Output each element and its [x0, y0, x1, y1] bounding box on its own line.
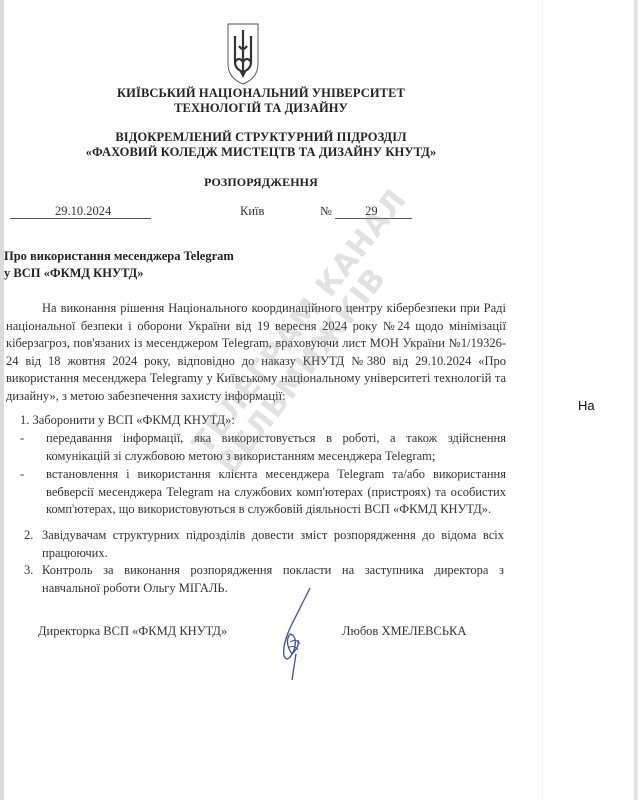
page-margin: [542, 0, 543, 800]
preamble-paragraph: На виконання рішення Національного коорд…: [6, 300, 506, 405]
item-text: Завідувачам структурних підрозділів дове…: [42, 527, 504, 562]
trident-emblem-icon: [226, 22, 260, 86]
signatory-name: Любов ХМЕЛЕВСЬКА: [342, 624, 466, 639]
page-right-border: [634, 0, 638, 800]
number-label: №: [320, 204, 332, 218]
item-number: 2.: [24, 527, 33, 545]
order-subitem: - передавання інформації, яка використов…: [20, 430, 506, 465]
item-text: Заборонити у ВСП «ФКМД КНУТД»:: [33, 413, 235, 427]
signatory-title: Директорка ВСП «ФКМД КНУТД»: [38, 624, 227, 639]
order-item-1: 1. Заборонити у ВСП «ФКМД КНУТД»:: [20, 412, 506, 430]
document-city: Київ: [240, 204, 264, 219]
item-number: 3.: [24, 562, 33, 580]
division-line-1: ВІДОКРЕМЛЕНИЙ СТРУКТУРНИЙ ПІДРОЗДІЛ: [36, 130, 486, 145]
subject-line-1: Про використання месенджера Telegram: [4, 248, 234, 265]
order-item-2: 2. Завідувачам структурних підрозділів д…: [24, 527, 504, 562]
page-left-border: [0, 0, 4, 800]
document-number: № 29: [320, 204, 412, 219]
number-value: 29: [335, 204, 412, 219]
document-type: РОЗПОРЯДЖЕННЯ: [36, 175, 486, 190]
side-note-text: На: [578, 398, 595, 413]
handwritten-signature-icon: [262, 584, 332, 684]
dash-marker: -: [20, 430, 24, 448]
document-subject: Про використання месенджера Telegram у В…: [4, 248, 234, 282]
order-subitem: - встановлення і використання клієнта ме…: [20, 466, 506, 519]
dash-marker: -: [20, 466, 24, 484]
division-line-2: «ФАХОВИЙ КОЛЕДЖ МИСТЕЦТВ ТА ДИЗАЙНУ КНУТ…: [36, 145, 486, 160]
division-name: ВІДОКРЕМЛЕНИЙ СТРУКТУРНИЙ ПІДРОЗДІЛ «ФАХ…: [36, 130, 486, 160]
institution-name: КИЇВСЬКИЙ НАЦІОНАЛЬНИЙ УНІВЕРСИТЕТ ТЕХНО…: [36, 86, 486, 116]
subitem-text: передавання інформації, яка використовує…: [46, 430, 506, 465]
subject-line-2: у ВСП «ФКМД КНУТД»: [4, 265, 234, 282]
subitem-text: встановлення і використання клієнта месе…: [46, 466, 506, 519]
item-number: 1.: [20, 413, 29, 427]
date-value: 29.10.2024: [10, 204, 151, 219]
institution-line-2: ТЕХНОЛОГІЙ ТА ДИЗАЙНУ: [36, 101, 486, 116]
document-date: 29.10.2024: [10, 204, 151, 219]
institution-line-1: КИЇВСЬКИЙ НАЦІОНАЛЬНИЙ УНІВЕРСИТЕТ: [36, 86, 486, 101]
